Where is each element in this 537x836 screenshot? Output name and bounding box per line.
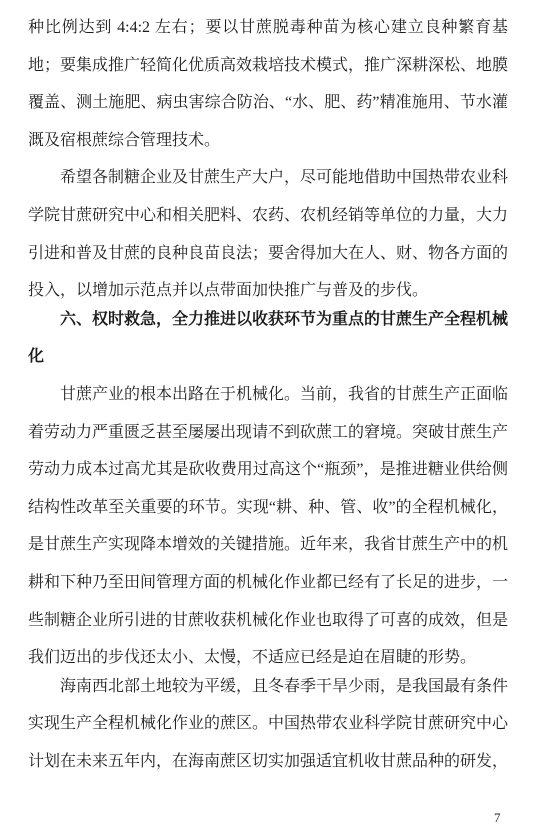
paragraph-hainan-region: 海南西北部土地较为平缓，且冬春季干旱少雨，是我国最有条件实现生产全程机械化作业的… <box>28 668 508 781</box>
document-page: 种比例达到 4:4:2 左右；要以甘蔗脱毒种苗为核心建立良种繁育基地；要集成推广… <box>0 0 537 836</box>
paragraph-mechanization: 甘蔗产业的根本出路在于机械化。当前，我省的甘蔗生产正面临着劳动力严重匮乏甚至屡屡… <box>28 376 508 677</box>
document-body: 种比例达到 4:4:2 左右；要以甘蔗脱毒种苗为核心建立良种繁育基地；要集成推广… <box>28 9 508 780</box>
page-number: 7 <box>494 808 501 828</box>
paragraph-continuation: 种比例达到 4:4:2 左右；要以甘蔗脱毒种苗为核心建立良种繁育基地；要集成推广… <box>28 9 508 159</box>
section-heading-six: 六、权时救急，全力推进以收获环节为重点的甘蔗生产全程机械化 <box>28 301 508 376</box>
paragraph-hope-enterprises: 希望各制糖企业及甘蔗生产大户，尽可能地借助中国热带农业科学院甘蔗研究中心和相关肥… <box>28 159 508 309</box>
